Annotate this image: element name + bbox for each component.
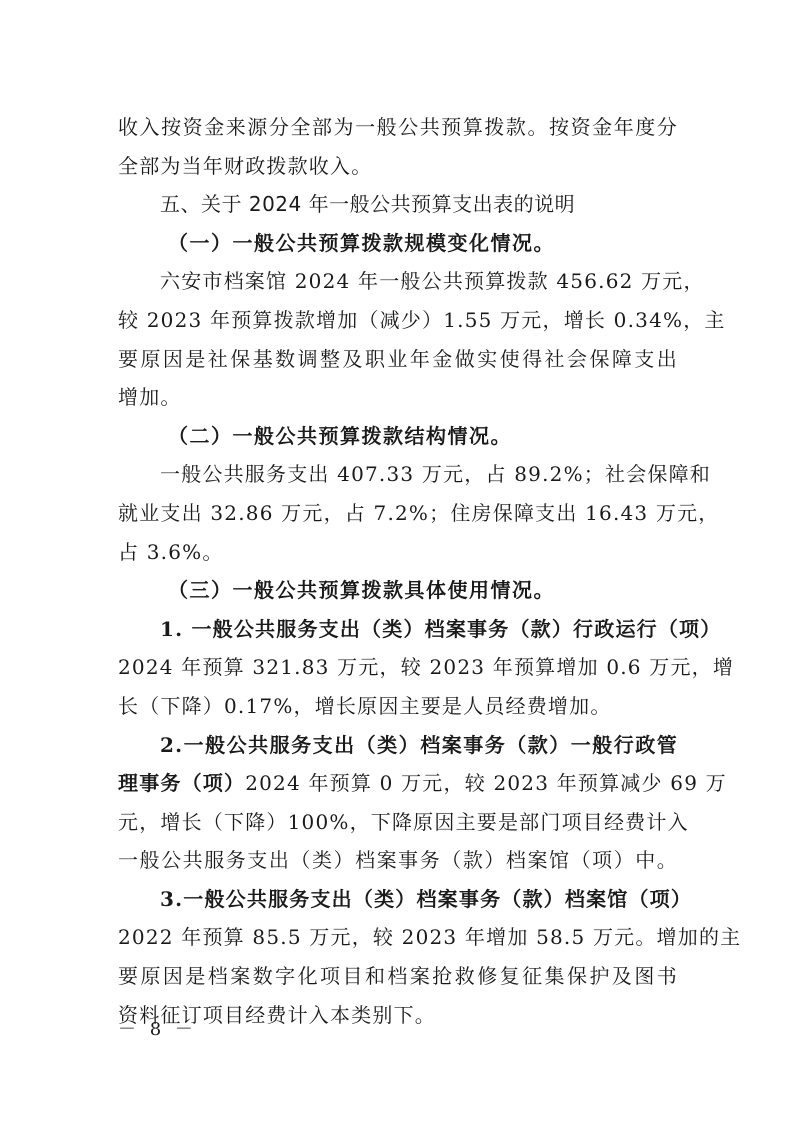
body-line-mixed: 理事务（项）2024 年预算 0 万元，较 2023 年预算减少 69 万 [118, 764, 678, 803]
body-line: 元，增长（下降）100%，下降原因主要是部门项目经费计入 [118, 803, 678, 842]
section-heading: 五、关于 2024 年一般公共预算支出表的说明 [118, 185, 678, 224]
body-line: 占 3.6%。 [118, 533, 678, 572]
body-line: 要原因是社保基数调整及职业年金做实使得社会保障支出 [118, 340, 678, 379]
body-text: 2024 年预算 0 万元，较 2023 年预算减少 69 万 [245, 771, 727, 795]
item-heading-1: 1. 一般公共服务支出（类）档案事务（款）行政运行（项） [118, 610, 678, 649]
body-line: 就业支出 32.86 万元，占 7.2%；住房保障支出 16.43 万元， [118, 494, 678, 533]
body-line: 增加。 [118, 378, 678, 417]
sub-heading-usage: （三）一般公共预算拨款具体使用情况。 [118, 571, 678, 610]
body-line: 较 2023 年预算拨款增加（减少）1.55 万元，增长 0.34%，主 [118, 301, 678, 340]
body-line: 一般公共服务支出（类）档案事务（款）档案馆（项）中。 [118, 841, 678, 880]
sub-heading-structure: （二）一般公共预算拨款结构情况。 [118, 417, 678, 456]
body-line: 长（下降）0.17%，增长原因主要是人员经费增加。 [118, 687, 678, 726]
body-line: 收入按资金来源分全部为一般公共预算拨款。按资金年度分 [118, 108, 678, 147]
body-line: 一般公共服务支出 407.33 万元，占 89.2%；社会保障和 [118, 455, 678, 494]
item-heading-2-continuation: 理事务（项） [118, 771, 245, 795]
body-line: 要原因是档案数字化项目和档案抢救修复征集保护及图书 [118, 957, 678, 996]
body-line: 六安市档案馆 2024 年一般公共预算拨款 456.62 万元， [118, 262, 678, 301]
body-line: 2024 年预算 321.83 万元，较 2023 年预算增加 0.6 万元，增 [118, 648, 678, 687]
item-heading-2: 2.一般公共服务支出（类）档案事务（款）一般行政管 [118, 726, 678, 765]
body-line: 全部为当年财政拨款收入。 [118, 147, 678, 186]
document-page: 收入按资金来源分全部为一般公共预算拨款。按资金年度分 全部为当年财政拨款收入。 … [118, 108, 678, 1034]
page-number: － 8 － [118, 1015, 197, 1041]
body-line: 资料征订项目经费计入本类别下。 [118, 996, 678, 1035]
sub-heading-scale: （一）一般公共预算拨款规模变化情况。 [118, 224, 678, 263]
item-heading-3: 3.一般公共服务支出（类）档案事务（款）档案馆（项） [118, 880, 678, 919]
body-line: 2022 年预算 85.5 万元，较 2023 年增加 58.5 万元。增加的主 [118, 918, 678, 957]
